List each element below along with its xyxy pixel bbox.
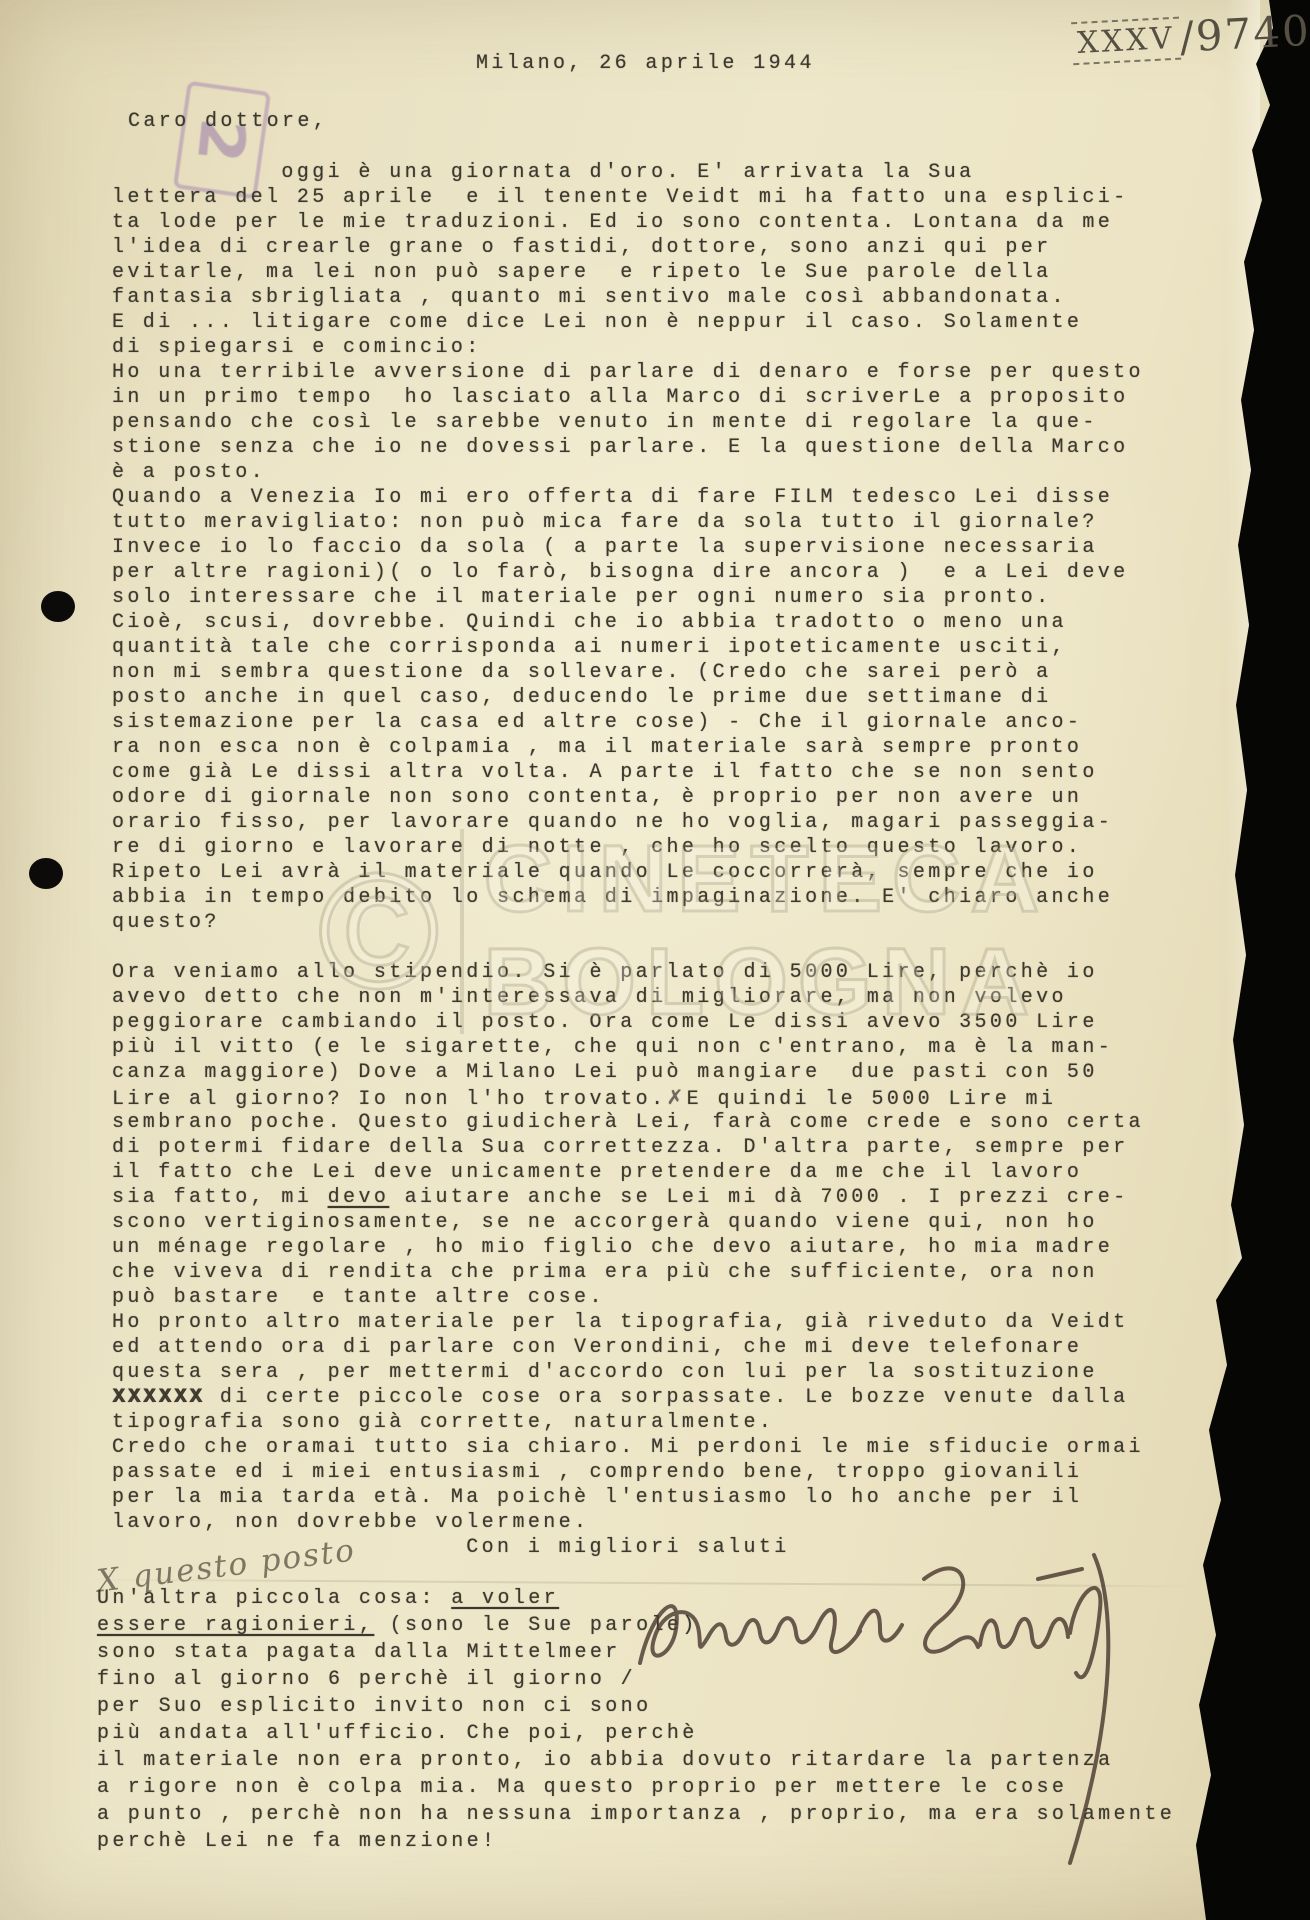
typed-line: tipografia sono già corrette, naturalmen… (112, 1410, 1144, 1435)
typed-line: Ripeto Lei avrà il materiale quando Le c… (112, 860, 1144, 885)
typed-line: passate ed i miei entusiasmi , comprendo… (112, 1460, 1144, 1485)
typed-line: lavoro, non dovrebbe volermene. (112, 1510, 1144, 1535)
typed-line: Ora veniamo allo stipendio. Si è parlato… (112, 960, 1144, 985)
typed-line: può bastare e tante altre cose. (112, 1285, 1144, 1310)
typed-line: oggi è una giornata d'oro. E' arrivata l… (112, 160, 1144, 185)
typed-line: Ho pronto altro materiale per la tipogra… (112, 1310, 1144, 1335)
typed-line: evitarle, ma lei non può sapere e ripeto… (112, 260, 1144, 285)
typed-line: per la mia tarda età. Ma poichè l'entusi… (112, 1485, 1144, 1510)
typed-line: non mi sembra questione da sollevare. (C… (112, 660, 1144, 685)
punch-hole-top (41, 591, 75, 622)
typed-line: orario fisso, per lavorare quando ne ho … (112, 810, 1144, 835)
typed-line: è a posto. (112, 460, 1144, 485)
handwritten-signature (618, 1545, 1184, 1890)
typed-line: tutto meravigliato: non può mica fare da… (112, 510, 1144, 535)
typed-line: peggiorare cambiando il posto. Ora come … (112, 1010, 1144, 1035)
typed-line: abbia in tempo debito lo schema di impag… (112, 885, 1144, 910)
typed-line: avevo detto che non m'interessava di mig… (112, 985, 1144, 1010)
typed-line: per altre ragioni)( o lo farò, bisogna d… (112, 560, 1144, 585)
archive-ref-number: /9740 (1178, 6, 1310, 62)
typed-line: scono vertiginosamente, se ne accorgerà … (112, 1210, 1144, 1235)
typed-line: sistemazione per la casa ed altre cose) … (112, 710, 1144, 735)
letter-body: oggi è una giornata d'oro. E' arrivata l… (112, 160, 1144, 1560)
typed-line: Credo che oramai tutto sia chiaro. Mi pe… (112, 1435, 1144, 1460)
typed-line: Ho una terribile avversione di parlare d… (112, 360, 1144, 385)
typed-line: di potermi fidare della Sua correttezza.… (112, 1135, 1144, 1160)
typed-line: fantasia sbrigliata , quanto mi sentivo … (112, 285, 1144, 310)
typed-line: XXXXXX di certe piccole cose ora sorpass… (112, 1385, 1144, 1410)
typed-line: sia fatto, mi devo aiutare anche se Lei … (112, 1185, 1144, 1210)
typed-line: canza maggiore) Dove a Milano Lei può ma… (112, 1060, 1144, 1085)
typed-line: lettera del 25 aprile e il tenente Veidt… (112, 185, 1144, 210)
typed-line (112, 935, 1144, 960)
typed-line: il fatto che Lei deve unicamente pretend… (112, 1160, 1144, 1185)
typed-line: pensando che così le sarebbe venuto in m… (112, 410, 1144, 435)
typed-line: ed attendo ora di parlare con Verondini,… (112, 1335, 1144, 1360)
typed-line: re di giorno e lavorare di notte , che h… (112, 835, 1144, 860)
typed-line: Quando a Venezia Io mi ero offerta di fa… (112, 485, 1144, 510)
typed-line: Lire al giorno? Io non l'ho trovato.✗E q… (112, 1085, 1144, 1110)
typed-line: E di ... litigare come dice Lei non è ne… (112, 310, 1144, 335)
typed-line: come già Le dissi altra volta. A parte i… (112, 760, 1144, 785)
date-line: Milano, 26 aprile 1944 (476, 52, 815, 75)
typed-line: posto anche in quel caso, deducendo le p… (112, 685, 1144, 710)
typed-line: l'idea di crearle grane o fastidi, dotto… (112, 235, 1144, 260)
typed-line: questo? (112, 910, 1144, 935)
pencil-x-mark: ✗ (666, 1085, 686, 1109)
typed-line: odore di giornale non sono contenta, è p… (112, 785, 1144, 810)
typed-line: solo interessare che il materiale per og… (112, 585, 1144, 610)
typed-line: più il vitto (e le sigarette, che qui no… (112, 1035, 1144, 1060)
typed-line: in un primo tempo ho lasciato alla Marco… (112, 385, 1144, 410)
salutation: Caro dottore, (128, 110, 328, 133)
archive-ref-roman: XXXV (1071, 17, 1181, 66)
typed-line: un ménage regolare , ho mio figlio che d… (112, 1235, 1144, 1260)
scanned-letter-page: XXXV/9740 2 Milano, 26 aprile 1944 Caro … (0, 0, 1310, 1920)
crossed-out-word: XXXXXX (112, 1386, 204, 1409)
typed-line: sembrano poche. Questo giudicherà Lei, f… (112, 1110, 1144, 1135)
typed-line: questa sera , per mettermi d'accordo con… (112, 1360, 1144, 1385)
typed-line: che viveva di rendita che prima era più … (112, 1260, 1144, 1285)
typed-line: ta lode per le mie traduzioni. Ed io son… (112, 210, 1144, 235)
typed-line: quantità tale che corrisponda ai numeri … (112, 635, 1144, 660)
typed-line: Cioè, scusi, dovrebbe. Quindi che io abb… (112, 610, 1144, 635)
typed-line: stione senza che io ne dovessi parlare. … (112, 435, 1144, 460)
typed-line: Invece io lo faccio da sola ( a parte la… (112, 535, 1144, 560)
typed-line: ra non esca non è colpamia , ma il mater… (112, 735, 1144, 760)
typed-line: di spiegarsi e comincio: (112, 335, 1144, 360)
signature-strokes (618, 1545, 1184, 1885)
punch-hole-bottom (29, 858, 63, 889)
